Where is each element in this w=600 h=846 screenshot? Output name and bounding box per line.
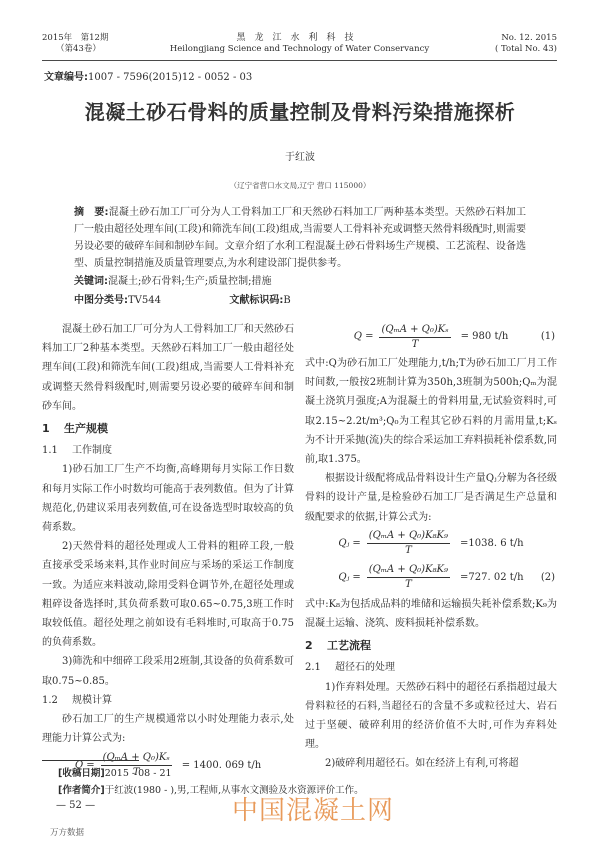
abstract-text: 混凝土砂石加工厂可分为人工骨料加工厂和天然砂石料加工厂两种基本类型。天然砂石料加… <box>74 207 526 269</box>
keywords: 关键词:混凝土;砂石骨料;生产;质量控制;措施 <box>74 272 271 287</box>
equation-number: (1) <box>541 327 555 346</box>
left-column: 混凝土砂石加工厂可分为人工骨料加工厂和天然砂石料加工厂2种基本类型。天然砂石料加… <box>42 320 294 782</box>
total-en: ( Total No. 43) <box>495 44 557 55</box>
watermark: 中国混凝土网 <box>232 790 394 827</box>
classification-value: TV544 <box>128 295 161 306</box>
paper-title: 混凝土砂石骨料的质量控制及骨料污染措施探析 <box>0 96 600 125</box>
section-heading: 2工艺流程 <box>305 636 557 655</box>
paragraph: 2)天然骨料的超径处理或人工骨料的粗碎工段,一般直接承受采场来料,其作业时间应与… <box>42 537 294 652</box>
paragraph: 1)作弃料处理。天然砂石料中的超径石系指超过最大骨料粒径的石料,当超径石的含量不… <box>305 678 557 755</box>
subsection-heading: 1.2规模计算 <box>42 691 294 710</box>
formula-2: Qⱼ = (QₘA + Q₀)K₈K₉ T =1038. 6 t/h <box>305 527 557 561</box>
abstract-label: 摘 要: <box>74 207 109 218</box>
paragraph: 根据设计级配将成品骨料设计生产量Qⱼ分解为各径级骨料的设计产量,是检验砂石加工厂… <box>305 469 557 527</box>
abstract: 摘 要:混凝土砂石加工厂可分为人工骨料加工厂和天然砂石料加工厂两种基本类型。天然… <box>74 204 526 272</box>
footnote-divider <box>42 760 139 761</box>
keywords-label: 关键词: <box>74 276 108 287</box>
formula-3: Qⱼ = (QₘA + Q₀)K₈K₉ T =727. 02 t/h (2) <box>305 561 557 595</box>
paragraph: 1)砂石加工厂生产不均衡,高峰期每月实际工作日数和每月实际工作小时数均可能高于表… <box>42 460 294 537</box>
subsection-heading: 2.1超径石的处理 <box>305 658 557 677</box>
source-label: 万方数据 <box>50 826 84 838</box>
intro-paragraph: 混凝土砂石加工厂可分为人工骨料加工厂和天然砂石料加工厂2种基本类型。天然砂石料加… <box>42 320 294 416</box>
paragraph: 3)筛洗和中细碎工段采用2班制,其设备的负荷系数可取0.75~0.85。 <box>42 652 294 690</box>
article-number-value: 1007 - 7596(2015)12 - 0052 - 03 <box>88 72 252 83</box>
paragraph: 砂石加工厂的生产规模通常以小时处理能力表示,处理能力计算公式为: <box>42 710 294 748</box>
footnote-received: [收稿日期]2015 - 08 - 21 <box>58 765 172 779</box>
doc-code-label: 文献标识码: <box>229 295 283 306</box>
classification-line: 中图分类号:TV544 文献标识码:B <box>74 291 291 306</box>
subsection-heading: 1.1工作制度 <box>42 441 294 460</box>
right-column: Q = (QₘA + Q₀)Kₛ T = 980 t/h (1) 式中:Q为砂石… <box>305 320 557 774</box>
affiliation: （辽宁省营口水文局,辽宁 营口 115000） <box>0 180 600 191</box>
paragraph: 2)破碎利用超径石。如在经济上有利,可将超 <box>305 754 557 773</box>
keywords-value: 混凝土;砂石骨料;生产;质量控制;措施 <box>108 276 271 287</box>
fraction: (QₘA + Q₀)Kₛ T <box>379 323 450 352</box>
section-heading: 1生产规模 <box>42 419 294 438</box>
header-issue-en: No. 12. 2015 ( Total No. 43) <box>495 33 557 55</box>
doc-code-value: B <box>283 295 290 306</box>
classification-label: 中图分类号: <box>74 295 128 306</box>
article-number: 文章编号:1007 - 7596(2015)12 - 0052 - 03 <box>44 68 252 83</box>
page-number: — 52 — <box>56 800 95 811</box>
journal-name-cn: 黑龙江水利科技 <box>42 33 557 44</box>
fraction: (QₘA + Q₀)K₈K₉ T <box>367 563 450 592</box>
equation-number: (2) <box>541 568 555 587</box>
paragraph: 式中:Q为砂石加工厂处理能力,t/h;T为砂石加工厂月工作时间数,一般按2班制计… <box>305 354 557 469</box>
author: 于红波 <box>0 148 600 163</box>
fraction: (QₘA + Q₀)K₈K₉ T <box>367 529 450 558</box>
header-journal: 黑龙江水利科技 Heilongjiang Science and Technol… <box>42 33 557 55</box>
journal-header: 2015年 第12期 （第43卷） 黑龙江水利科技 Heilongjiang S… <box>42 33 557 61</box>
article-number-label: 文章编号: <box>44 72 88 83</box>
issue-en: No. 12. 2015 <box>495 33 557 44</box>
paragraph: 式中:K₈为包括成品料的堆储和运输损失耗补偿系数;K₉为混凝土运输、浇筑、废料损… <box>305 595 557 633</box>
formula-1: Q = (QₘA + Q₀)Kₛ T = 980 t/h (1) <box>305 320 557 354</box>
journal-name-en: Heilongjiang Science and Technology of W… <box>42 44 557 55</box>
